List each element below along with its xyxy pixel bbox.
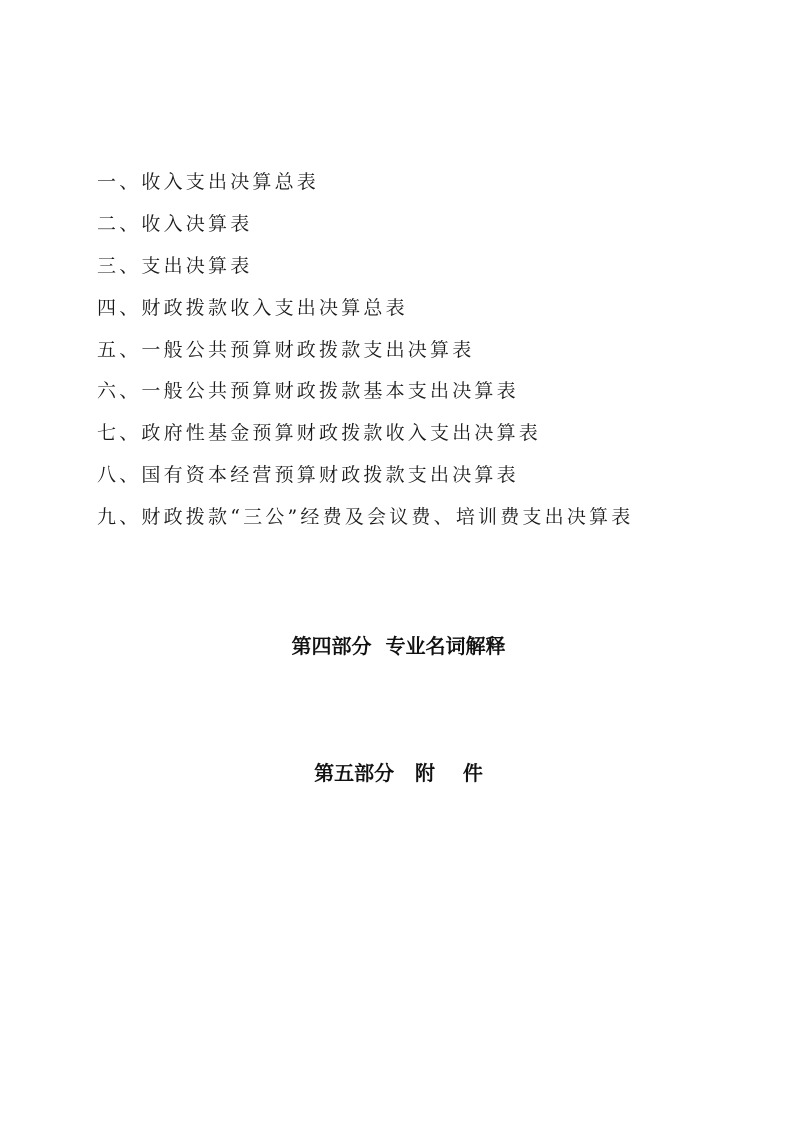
list-item-general-budget-expenditure: 五、一般公共预算财政拨款支出决算表 — [97, 338, 633, 380]
list-item-three-public-expenses: 九、财政拨款“三公”经费及会议费、培训费支出决算表 — [97, 505, 633, 547]
list-item-state-capital-budget: 八、国有资本经营预算财政拨款支出决算表 — [97, 463, 633, 505]
document-page: 一、收入支出决算总表 二、收入决算表 三、支出决算表 四、财政拨款收入支出决算总… — [0, 0, 793, 1122]
section-heading-part5-attachments: 第五部分 附 件 — [2, 757, 793, 786]
table-list: 一、收入支出决算总表 二、收入决算表 三、支出决算表 四、财政拨款收入支出决算总… — [97, 170, 633, 547]
list-item-government-fund-budget: 七、政府性基金预算财政拨款收入支出决算表 — [97, 421, 633, 463]
list-item-income-table: 二、收入决算表 — [97, 212, 633, 254]
list-item-income-expenditure-summary: 一、收入支出决算总表 — [97, 170, 633, 212]
list-item-general-budget-basic-expenditure: 六、一般公共预算财政拨款基本支出决算表 — [97, 379, 633, 421]
list-item-fiscal-appropriation-summary: 四、财政拨款收入支出决算总表 — [97, 296, 633, 338]
section-heading-part4-glossary: 第四部分 专业名词解释 — [2, 630, 793, 659]
list-item-expenditure-table: 三、支出决算表 — [97, 254, 633, 296]
